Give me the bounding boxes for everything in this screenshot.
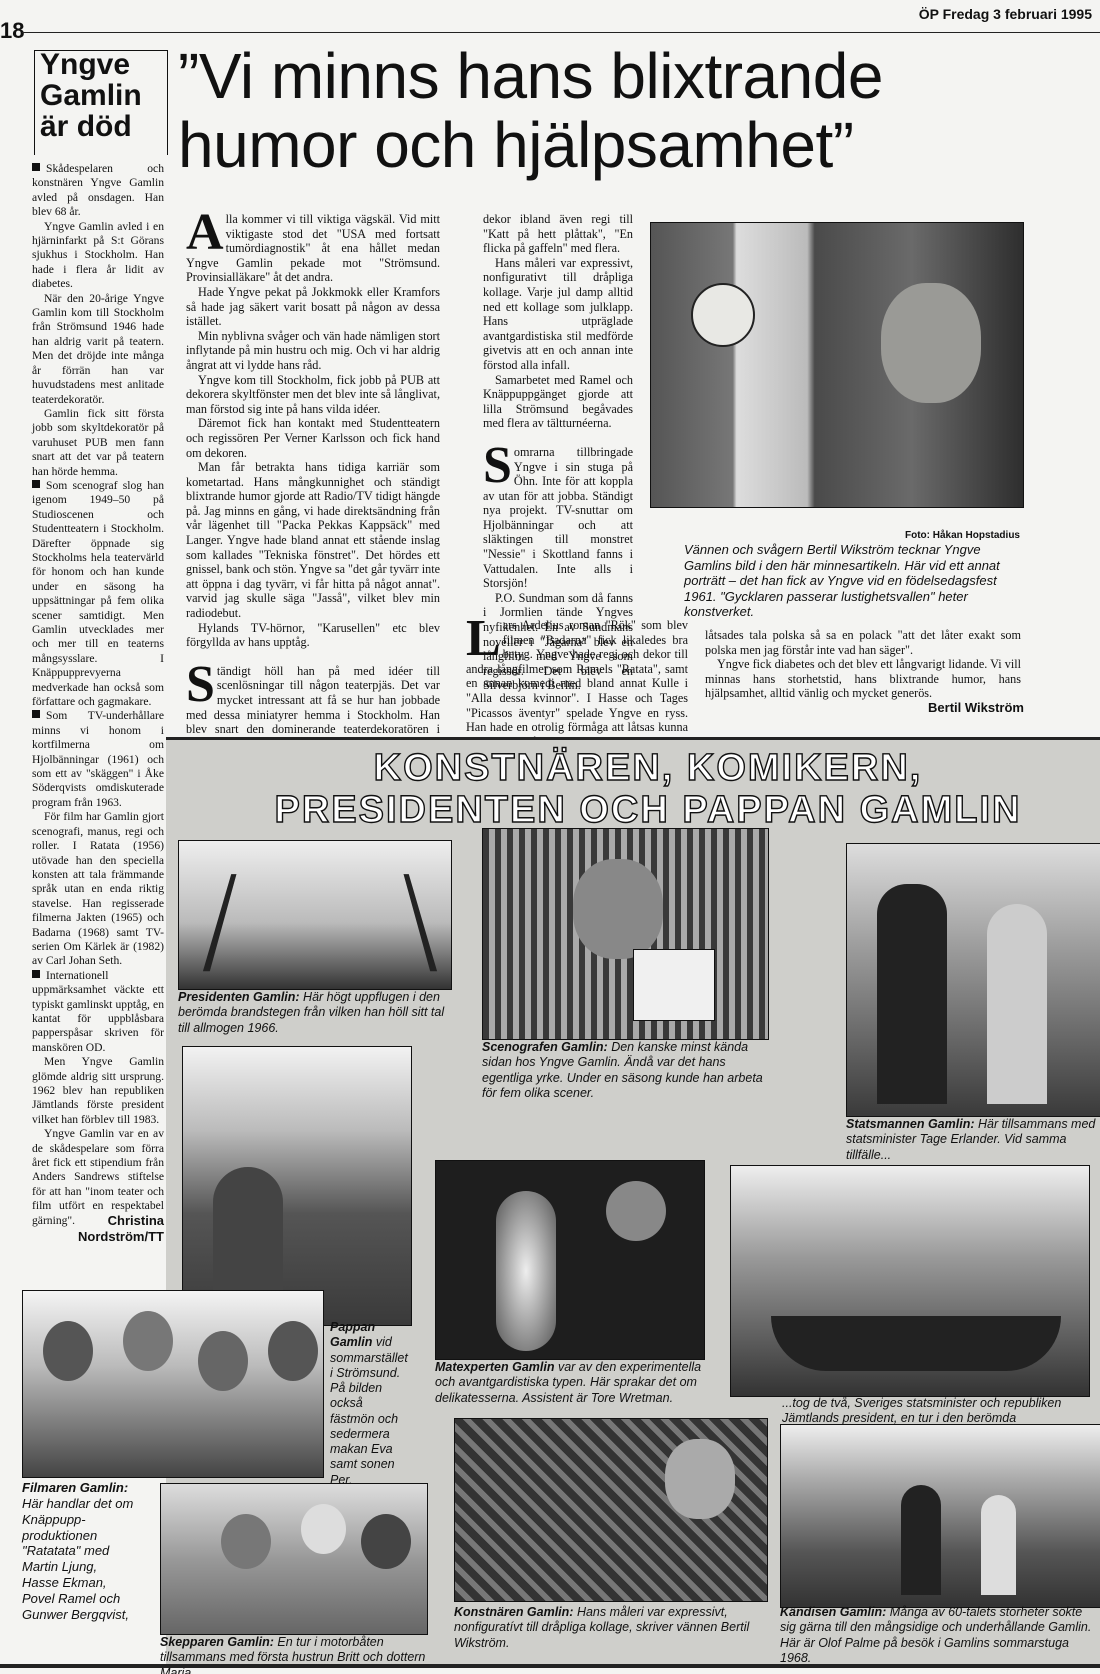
article-paragraph: Hylands TV-hörnor, "Karusellen" etc blev… — [186, 621, 440, 650]
scenograf-caption: Scenografen Gamlin: Den kanske minst kän… — [482, 1040, 772, 1101]
boat-photo — [730, 1165, 1090, 1397]
article-column-4: låtsades tala polska så sa en polack "at… — [705, 628, 1021, 701]
banner-line-1: KONSTNÄREN, KOMIKERN, — [228, 748, 1068, 790]
article-paragraph: Däremot fick han kontakt med Studentteat… — [186, 416, 440, 460]
article-paragraph: Man får betrakta hans tidiga karriär som… — [186, 460, 440, 621]
portrait-caption: Vännen och svågern Bertil Wikström teckn… — [684, 542, 1024, 620]
article-paragraph: Min nyblivna svåger och vän hade nämlige… — [186, 329, 440, 373]
statsman-caption: Statsmannen Gamlin: Här tillsammans med … — [846, 1117, 1096, 1163]
article-paragraph: Samarbetet med Ramel och Knäppuppgänget … — [483, 373, 633, 431]
drop-cap: A — [186, 212, 224, 254]
article-byline: Bertil Wikström — [928, 700, 1024, 715]
filmare-photo — [22, 1290, 324, 1478]
kandis-caption: Kändisen Gamlin: Många av 60-talets stor… — [780, 1605, 1096, 1666]
square-bullet-icon — [32, 970, 40, 978]
sidebar-paragraph: Som scenograf slog han igenom 1949–50 på… — [32, 479, 164, 710]
filmare-caption: Filmaren Gamlin: Här handlar det om Knäp… — [22, 1480, 134, 1623]
header-rule — [22, 32, 1100, 33]
article-paragraph: Hade Yngve pekat på Jokkmokk eller Kramf… — [186, 285, 440, 329]
article-paragraph: dekor ibland även regi till "Katt på het… — [483, 212, 633, 256]
skeppare-caption: Skepparen Gamlin: En tur i motorbåten ti… — [160, 1635, 430, 1674]
square-bullet-icon — [32, 163, 40, 171]
dateline: ÖP Fredag 3 februari 1995 — [919, 6, 1092, 22]
sidebar-paragraph: Skådespelaren och konstnären Yngve Gamli… — [32, 162, 164, 220]
konstnar-photo — [454, 1418, 768, 1602]
sidebar-paragraph: Men Yngve Gamlin glömde aldrig sitt ursp… — [32, 1055, 164, 1127]
article-paragraph: låtsades tala polska så sa en polack "at… — [705, 628, 1021, 657]
square-bullet-icon — [32, 480, 40, 488]
drop-cap: S — [483, 445, 512, 487]
matexpert-caption: Matexperten Gamlin var av den experiment… — [435, 1360, 715, 1406]
gallery-banner: KONSTNÄREN, KOMIKERN, PRESIDENTEN OCH PA… — [228, 748, 1068, 832]
konstnar-caption: Konstnären Gamlin: Hans måleri var expre… — [454, 1605, 774, 1651]
sidebar-paragraph: Yngve Gamlin avled i en hjärninfarkt på … — [32, 220, 164, 292]
sidebar-paragraph: Som TV-underhållare minns vi honom i kor… — [32, 709, 164, 810]
man-portrait — [881, 283, 981, 403]
article-paragraph: Hans måleri var expressivt, nonfigurativ… — [483, 256, 633, 373]
article-paragraph: Somrarna tillbringade Yngve i sin stuga … — [483, 445, 633, 591]
statsman-photo — [846, 843, 1100, 1117]
matexpert-photo — [435, 1160, 705, 1360]
president-photo — [178, 840, 452, 990]
square-bullet-icon — [32, 710, 40, 718]
drop-cap: S — [186, 664, 215, 706]
sidebar-paragraph: Internationell uppmärksamhet väckte ett … — [32, 969, 164, 1055]
photo-credit: Foto: Håkan Hopstadius — [905, 530, 1020, 541]
page-number: 18 — [0, 18, 24, 44]
sidebar-article-body: Skådespelaren och konstnären Yngve Gamli… — [32, 162, 164, 1228]
sidebar-headline: Yngve Gamlin är död — [40, 50, 164, 143]
portrait-photo — [650, 222, 1024, 508]
skeppare-photo — [160, 1483, 428, 1635]
sidebar-byline: Christina Nordström/TT — [32, 1213, 164, 1246]
scenograf-photo — [482, 828, 769, 1040]
sidebar-paragraph: När den 20-årige Yngve Gamlin kom till S… — [32, 292, 164, 407]
president-caption: Presidenten Gamlin: Här högt uppflugen i… — [178, 990, 454, 1036]
drop-cap: L — [466, 618, 501, 660]
article-paragraph: Yngve kom till Stockholm, fick jobb på P… — [186, 373, 440, 417]
kandis-photo — [780, 1424, 1100, 1608]
footer-rule — [0, 1664, 1100, 1668]
main-headline: ”Vi minns hans blixtrande humor och hjäl… — [178, 42, 1078, 180]
pappan-photo — [182, 1046, 412, 1326]
sidebar-paragraph: Gamlin fick sitt första jobb som skyltde… — [32, 407, 164, 479]
painting-face — [691, 283, 755, 347]
sidebar-paragraph: För film har Gamlin gjort scenografi, ma… — [32, 810, 164, 968]
banner-line-2: PRESIDENTEN OCH PAPPAN GAMLIN — [228, 790, 1068, 832]
article-paragraph: Alla kommer vi till viktiga vägskäl. Vid… — [186, 212, 440, 285]
pappan-caption: Pappan Gamlin vid sommarstället i Ströms… — [330, 1320, 410, 1488]
article-paragraph: Yngve fick diabetes och det blev ett lån… — [705, 657, 1021, 701]
